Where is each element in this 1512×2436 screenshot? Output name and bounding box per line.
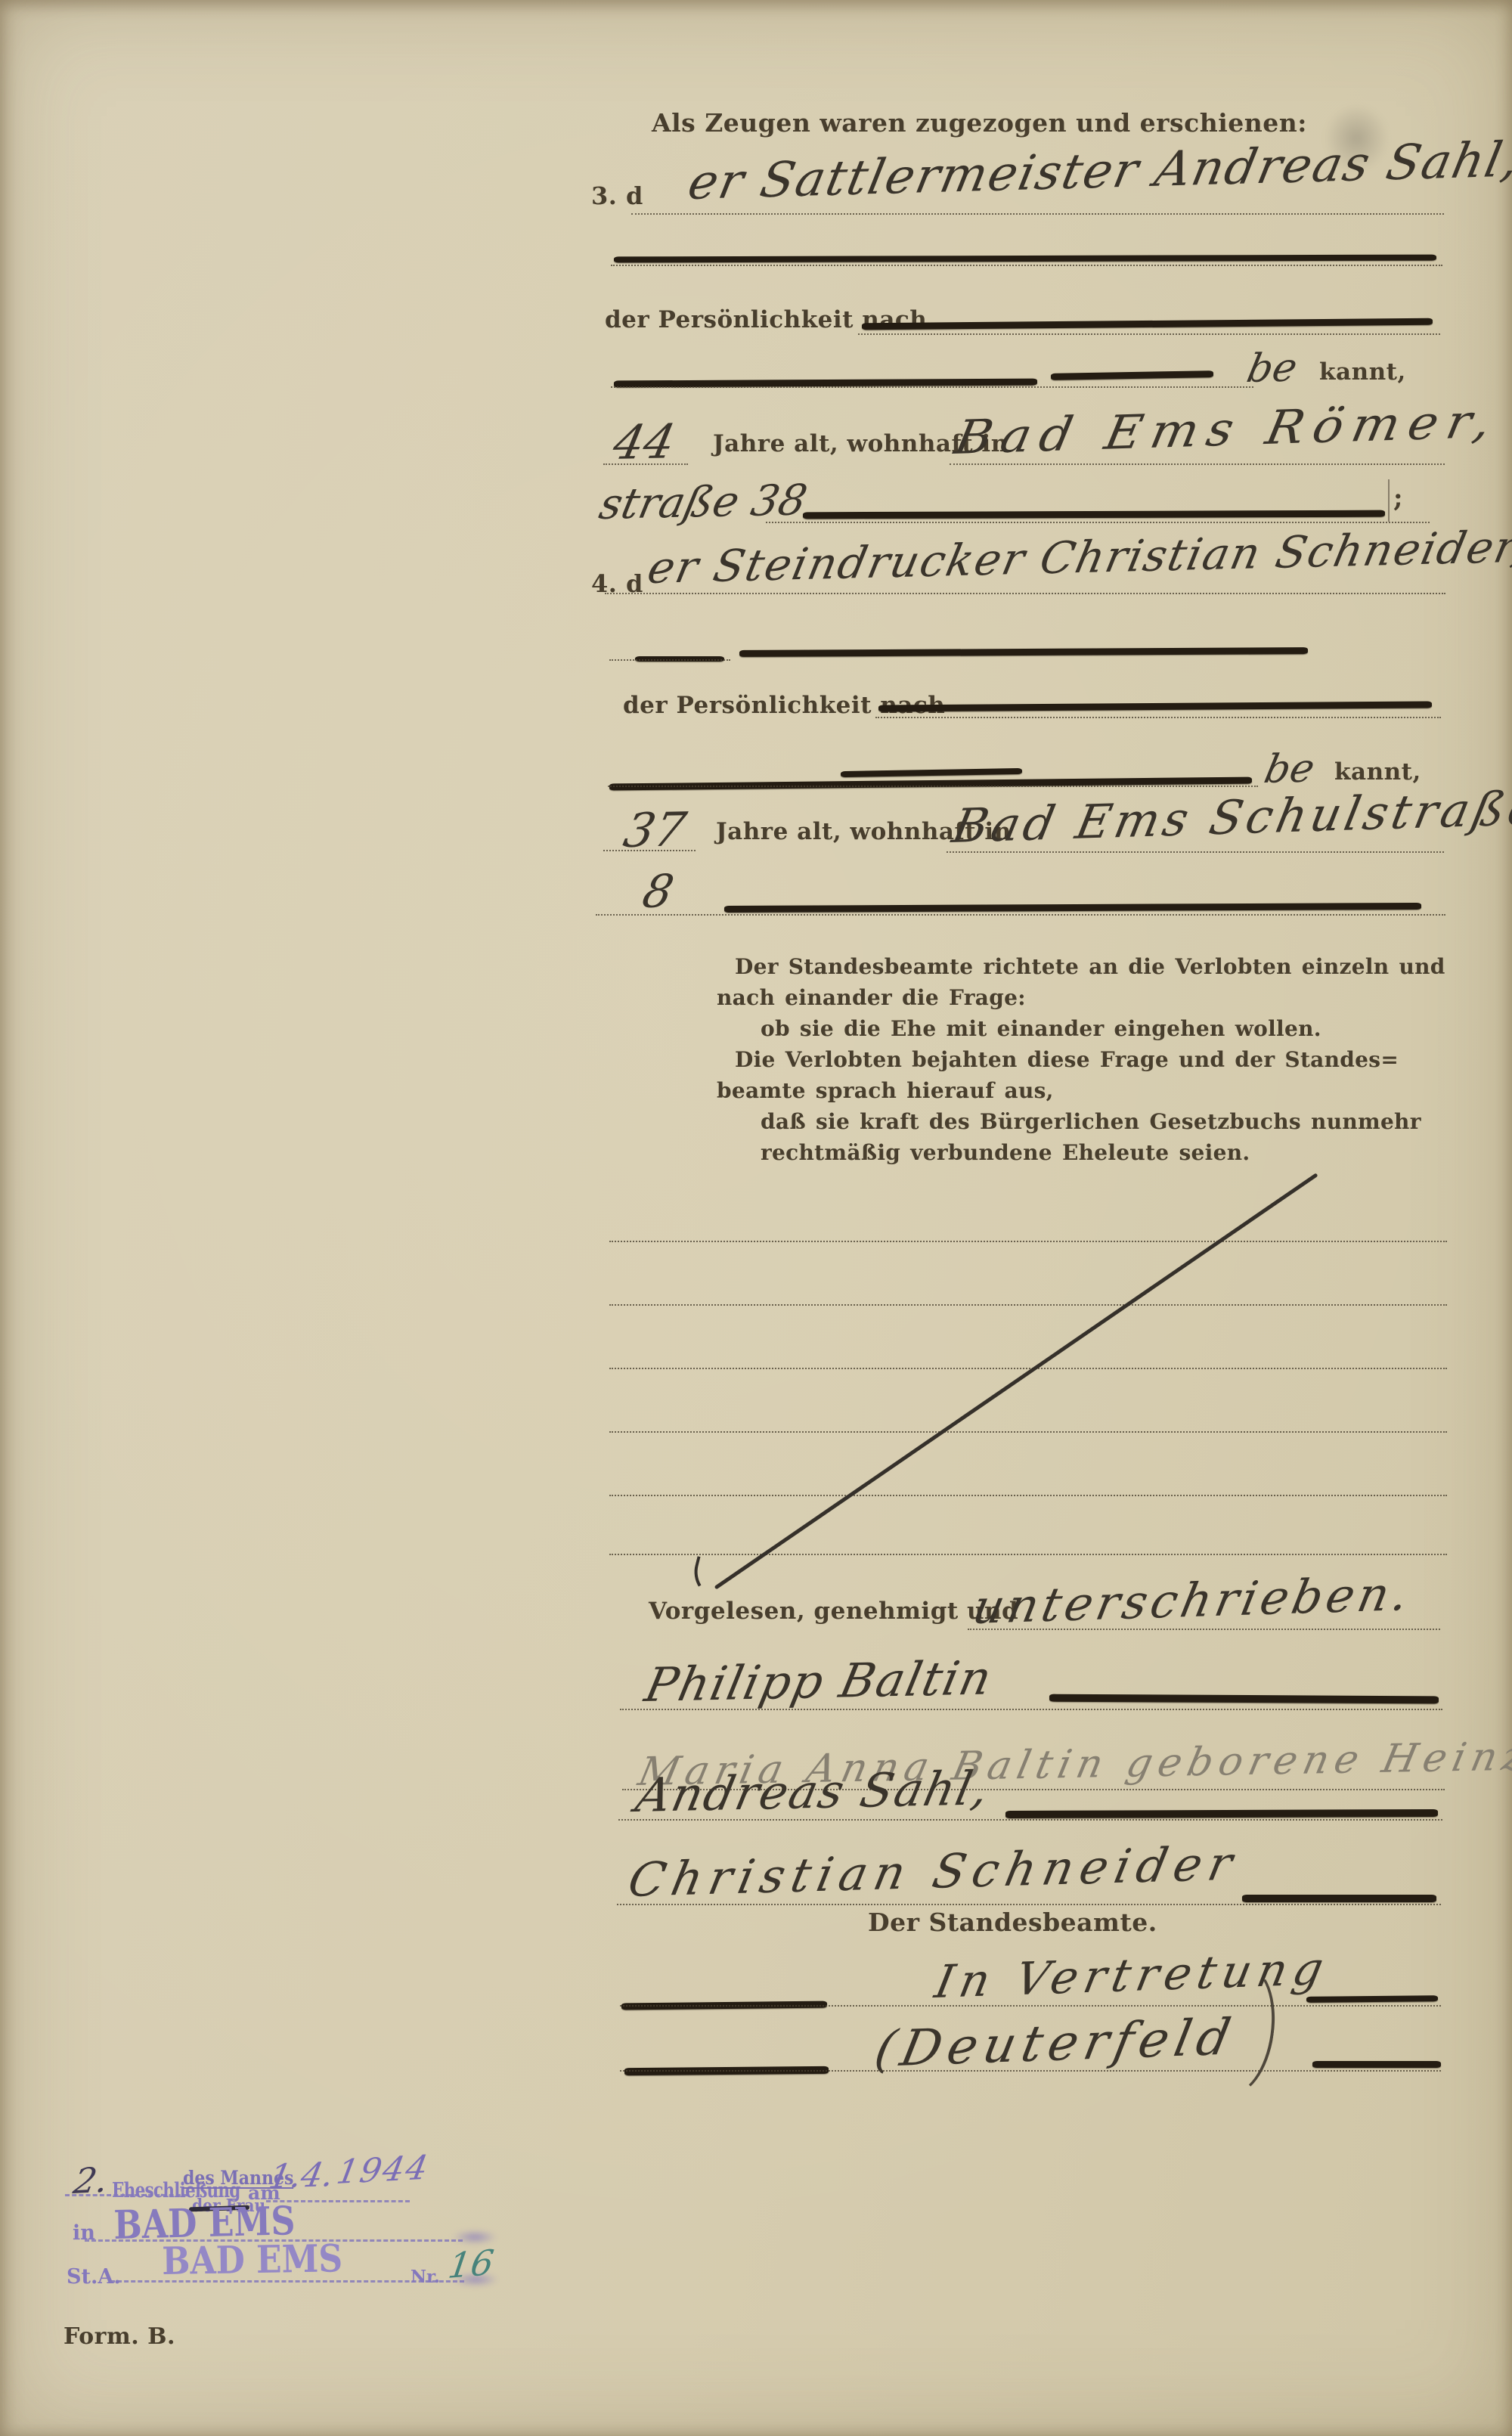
signature-andreas-sahl: Andreas Sahl, [632, 1765, 994, 1819]
ink-stroke [614, 255, 1436, 263]
dotted-rule [620, 1709, 1442, 1710]
stamp-date-year: 1944 [334, 2152, 432, 2190]
dotted-rule [596, 914, 1445, 916]
be-handwritten-2: be [1261, 749, 1318, 789]
dotted-rule [620, 2070, 1441, 2072]
dotted-rule [766, 522, 1430, 523]
ink-stroke [1306, 1995, 1438, 2003]
declaration-line: Die Verlobten bejahten diese Frage und d… [735, 1044, 1465, 1075]
semicolon-mark: ; [1393, 485, 1403, 511]
dotted-rule [950, 463, 1445, 465]
cancellation-stroke-hook [689, 1556, 726, 1600]
declaration-line: daß sie kraft des Bürgerlichen Gesetzbuc… [761, 1106, 1465, 1137]
stamp-nr: Nr. [411, 2268, 440, 2286]
ink-stroke [724, 903, 1421, 913]
declaration-line: Der Standesbeamte richtete an die Verlob… [735, 951, 1465, 982]
signature-philipp-baltin: Philipp Baltin [641, 1654, 996, 1709]
be-handwritten-1: be [1244, 349, 1300, 389]
dotted-rule [609, 659, 730, 661]
witness3-name-handwritten: er Sattlermeister Andreas Sahl, [684, 136, 1512, 207]
declaration-line: ob sie die Ehe mit einander eingehen wol… [761, 1013, 1465, 1044]
residence-city-2: Bad Ems Schulstraße [949, 785, 1512, 850]
registrar-signature: (Deuterfeld [871, 2013, 1241, 2075]
stamp-sta: St.A. [67, 2267, 121, 2287]
signature-christian-schneider: Christian Schneider [624, 1840, 1243, 1904]
margin-bar [1388, 479, 1390, 522]
declaration-line: beamte sprach hierauf aus, [717, 1075, 1465, 1106]
witnesses-header: Als Zeugen waren zugezogen und erschiene… [652, 110, 1307, 135]
ink-stroke [862, 318, 1433, 330]
ink-stroke [878, 701, 1432, 711]
dotted-rule [618, 1819, 1442, 1821]
dotted-rule [603, 463, 688, 465]
dotted-rule [605, 593, 1445, 594]
ink-stroke [803, 510, 1385, 519]
in-vertretung-handwritten: In Vertretung [931, 1946, 1333, 2005]
dotted-rule [875, 717, 1441, 718]
ink-stroke [1049, 1694, 1439, 1704]
age-value-1: 44 [609, 418, 679, 466]
ink-stroke [1242, 1895, 1436, 1902]
dotted-rule [858, 333, 1440, 335]
ink-stroke [1312, 2061, 1441, 2068]
stamp-date-day: 1.4. [266, 2159, 336, 2194]
dotted-rule [620, 2005, 1441, 2007]
blank-dotted-line [609, 1431, 1447, 1433]
marriage-register-page: Als Zeugen waren zugezogen und erschiene… [0, 0, 1512, 2436]
form-label: Form. B. [64, 2326, 175, 2348]
dotted-rule [968, 1629, 1440, 1630]
residence-street-1: straße 38 [596, 479, 810, 526]
dotted-rule [611, 265, 1442, 266]
residence-city-1: Bad Ems Römer, [951, 398, 1504, 461]
stamp-number: 16 [446, 2245, 496, 2283]
unterschrieben-handwritten: unterschrieben. [969, 1570, 1416, 1631]
blank-dotted-line [609, 1495, 1447, 1496]
stamp-city-2: BAD EMS [162, 2239, 342, 2280]
kannt-label-1: kannt, [1319, 361, 1406, 384]
dotted-rule [631, 213, 1444, 215]
cancellation-stroke [714, 1173, 1318, 1589]
dotted-rule [617, 1904, 1441, 1905]
dotted-rule [603, 850, 696, 851]
declaration-line: rechtmäßig verbundene Eheleute seien. [761, 1137, 1465, 1168]
blank-dotted-line [609, 1304, 1447, 1306]
age-value-2: 37 [620, 806, 689, 854]
blank-dotted-line [609, 1241, 1447, 1242]
declaration-line: nach einander die Frage: [717, 982, 1465, 1013]
ink-stroke [739, 647, 1308, 657]
ink-stroke [609, 777, 1252, 791]
witness3-index: 3. d [591, 184, 643, 208]
ink-stroke [841, 768, 1022, 777]
stamp-entry-number: 2. [71, 2162, 111, 2199]
dotted-rule [611, 386, 1253, 388]
dotted-rule [608, 786, 1258, 787]
blank-dotted-line [609, 1368, 1447, 1369]
ink-stroke [1005, 1809, 1438, 1818]
vorgelesen-label: Vorgelesen, genehmigt und [649, 1600, 1018, 1623]
declaration-paragraph: Der Standesbeamte richtete an die Verlob… [717, 951, 1465, 1168]
dotted-rule [947, 851, 1444, 853]
residence-street-2: 8 [639, 869, 677, 915]
witness4-name-handwritten: er Steindrucker Christian Schneider, [644, 525, 1512, 590]
blank-dotted-line [609, 1554, 1447, 1555]
kannt-label-2: kannt, [1334, 761, 1421, 784]
registrar-label: Der Standesbeamte. [868, 1910, 1157, 1935]
ink-stroke [1051, 370, 1213, 380]
